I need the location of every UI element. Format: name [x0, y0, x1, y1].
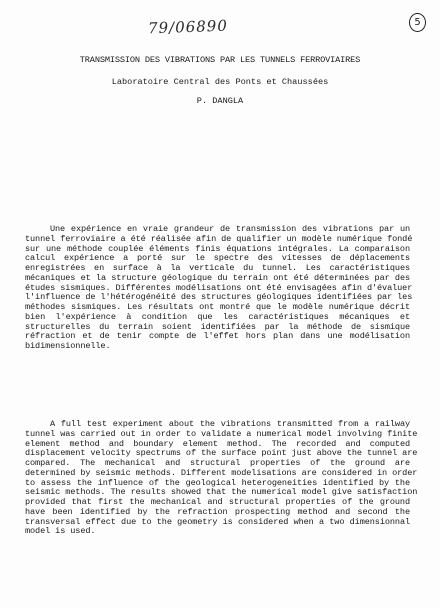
handwritten-reference-number: 79/06890 — [148, 17, 228, 38]
abstract-line: model is used. — [25, 527, 410, 537]
circled-page-number: 5 — [409, 13, 426, 32]
abstract-english: A full test experiment about the vibrati… — [25, 420, 410, 537]
author-affiliation: Laboratoire Central des Ponts et Chaussé… — [0, 77, 440, 87]
abstract-line: bidimensionnelle. — [25, 342, 410, 352]
document-page: 79/06890 5 TRANSMISSION DES VIBRATIONS P… — [0, 0, 440, 608]
abstract-french: Une expérience en vraie grandeur de tran… — [25, 225, 410, 352]
author-name: P. DANGLA — [0, 96, 440, 106]
document-title: TRANSMISSION DES VIBRATIONS PAR LES TUNN… — [0, 55, 440, 65]
